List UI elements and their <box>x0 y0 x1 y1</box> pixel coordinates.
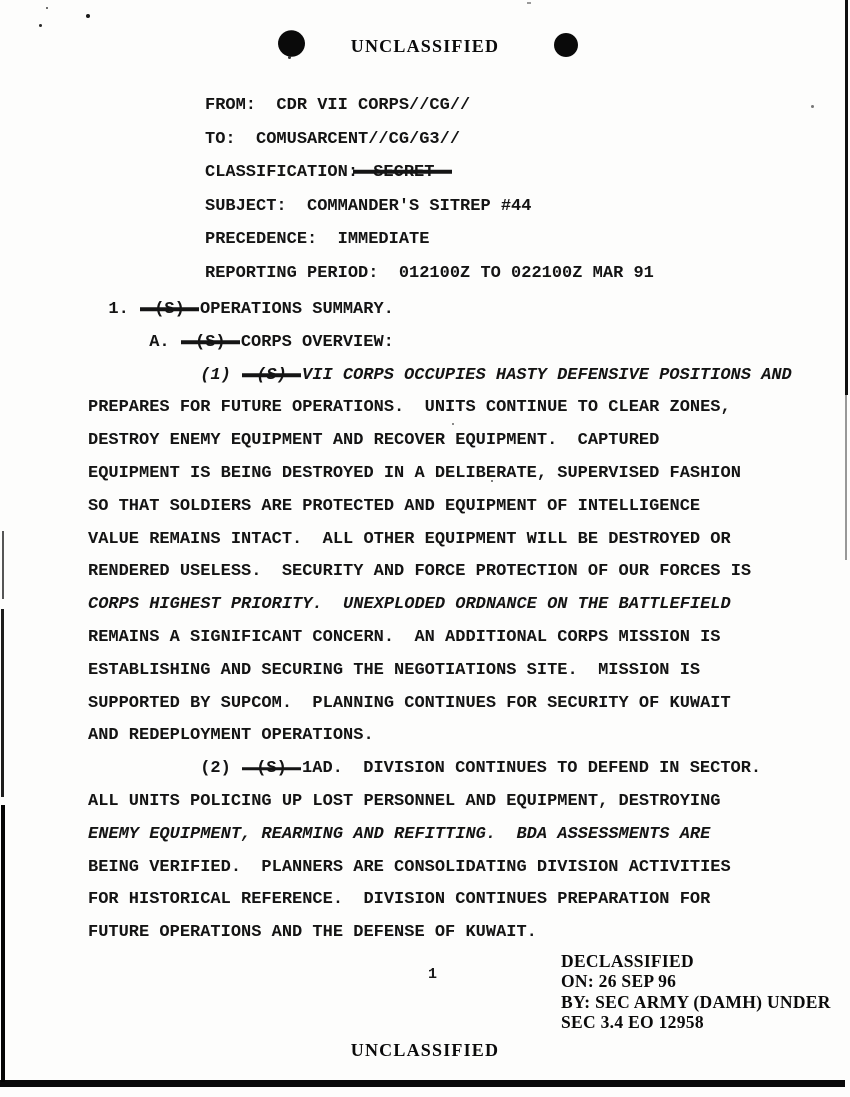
text-line: REMAINS A SIGNIFICANT CONCERN. AN ADDITI… <box>88 622 792 655</box>
struck-out-classification-marking: (S) <box>190 327 231 360</box>
text-segment: SUPPORTED BY SUPCOM. PLANNING CONTINUES … <box>88 694 731 713</box>
text-line: TO: COMUSARCENT//CG/G3// <box>205 123 654 157</box>
text-line: SUPPORTED BY SUPCOM. PLANNING CONTINUES … <box>88 688 792 721</box>
scan-speck <box>811 105 814 108</box>
text-line: SEC 3.4 EO 12958 <box>561 1012 831 1032</box>
scan-edge-line-right-1 <box>845 0 848 395</box>
text-line: SO THAT SOLDIERS ARE PROTECTED AND EQUIP… <box>88 491 792 524</box>
struck-out-classification-marking: (S) <box>251 360 292 393</box>
text-line: DESTROY ENEMY EQUIPMENT AND RECOVER EQUI… <box>88 425 792 458</box>
ink-dot-right <box>554 33 578 57</box>
text-segment: SEC 3.4 EO 12958 <box>561 1012 704 1032</box>
text-segment: 1AD. DIVISION CONTINUES TO DEFEND IN SEC… <box>292 759 761 778</box>
scan-speck <box>491 480 493 482</box>
text-segment: FROM: CDR VII CORPS//CG// <box>205 96 470 115</box>
text-line: VALUE REMAINS INTACT. ALL OTHER EQUIPMEN… <box>88 524 792 557</box>
text-line: FROM: CDR VII CORPS//CG// <box>205 89 654 123</box>
top-classification-banner: UNCLASSIFIED <box>0 36 850 57</box>
text-segment: BY: SEC ARMY (DAMH) UNDER <box>561 992 831 1012</box>
page-number: 1 <box>428 966 437 983</box>
text-segment: (2) <box>88 759 251 778</box>
scan-edge-line-left-2 <box>1 609 4 797</box>
text-line: (1) (S) VII CORPS OCCUPIES HASTY DEFENSI… <box>88 360 792 393</box>
text-line: ENEMY EQUIPMENT, REARMING AND REFITTING.… <box>88 819 792 852</box>
text-line: FOR HISTORICAL REFERENCE. DIVISION CONTI… <box>88 884 792 917</box>
text-line: CORPS HIGHEST PRIORITY. UNEXPLODED ORDNA… <box>88 589 792 622</box>
struck-out-classification-marking: SECRET <box>368 156 439 190</box>
scanned-document-page: UNCLASSIFIED FROM: CDR VII CORPS//CG//TO… <box>0 0 850 1097</box>
scan-speck <box>46 7 48 9</box>
struck-out-classification-marking: (S) <box>251 753 292 786</box>
text-segment: FOR HISTORICAL REFERENCE. DIVISION CONTI… <box>88 890 710 909</box>
text-segment: CORPS OVERVIEW: <box>231 333 394 352</box>
text-line: BEING VERIFIED. PLANNERS ARE CONSOLIDATI… <box>88 852 792 885</box>
text-line: A. (S) CORPS OVERVIEW: <box>88 327 792 360</box>
text-segment: AND REDEPLOYMENT OPERATIONS. <box>88 726 374 745</box>
text-line: SUBJECT: COMMANDER'S SITREP #44 <box>205 190 654 224</box>
scan-speck <box>39 24 42 27</box>
text-segment: REPORTING PERIOD: 012100Z TO 022100Z MAR… <box>205 264 654 283</box>
text-segment: TO: COMUSARCENT//CG/G3// <box>205 130 460 149</box>
text-line: 1. (S) OPERATIONS SUMMARY. <box>88 294 792 327</box>
text-line: EQUIPMENT IS BEING DESTROYED IN A DELIBE… <box>88 458 792 491</box>
text-segment: ENEMY EQUIPMENT, REARMING AND REFITTING.… <box>88 825 710 844</box>
text-segment: A. <box>88 333 190 352</box>
text-line: REPORTING PERIOD: 012100Z TO 022100Z MAR… <box>205 257 654 291</box>
bottom-classification-banner: UNCLASSIFIED <box>0 1040 850 1061</box>
text-segment: VALUE REMAINS INTACT. ALL OTHER EQUIPMEN… <box>88 530 731 549</box>
text-line: RENDERED USELESS. SECURITY AND FORCE PRO… <box>88 556 792 589</box>
text-line: BY: SEC ARMY (DAMH) UNDER <box>561 992 831 1012</box>
struck-out-classification-marking: (S) <box>149 294 190 327</box>
text-line: CLASSIFICATION: SECRET <box>205 156 654 190</box>
scan-speck <box>452 423 454 425</box>
text-segment: CLASSIFICATION: <box>205 163 368 182</box>
text-line: ESTABLISHING AND SECURING THE NEGOTIATIO… <box>88 655 792 688</box>
text-line: AND REDEPLOYMENT OPERATIONS. <box>88 720 792 753</box>
text-segment: ALL UNITS POLICING UP LOST PERSONNEL AND… <box>88 792 721 811</box>
scan-speck <box>288 56 291 59</box>
text-line: (2) (S) 1AD. DIVISION CONTINUES TO DEFEN… <box>88 753 792 786</box>
text-segment: BEING VERIFIED. PLANNERS ARE CONSOLIDATI… <box>88 858 731 877</box>
scan-speck <box>527 2 531 4</box>
text-segment: PRECEDENCE: IMMEDIATE <box>205 230 429 249</box>
text-segment: ON: 26 SEP 96 <box>561 971 676 991</box>
text-segment: ESTABLISHING AND SECURING THE NEGOTIATIO… <box>88 661 700 680</box>
scan-edge-bar-bottom <box>0 1080 845 1087</box>
text-line: PREPARES FOR FUTURE OPERATIONS. UNITS CO… <box>88 392 792 425</box>
text-segment: SUBJECT: COMMANDER'S SITREP #44 <box>205 197 531 216</box>
text-segment: EQUIPMENT IS BEING DESTROYED IN A DELIBE… <box>88 464 741 483</box>
scan-edge-line-left-3 <box>1 805 5 1082</box>
text-segment: SO THAT SOLDIERS ARE PROTECTED AND EQUIP… <box>88 497 700 516</box>
text-segment: DESTROY ENEMY EQUIPMENT AND RECOVER EQUI… <box>88 431 659 450</box>
message-body-block: 1. (S) OPERATIONS SUMMARY. A. (S) CORPS … <box>88 294 792 950</box>
text-segment: OPERATIONS SUMMARY. <box>190 300 394 319</box>
message-header-block: FROM: CDR VII CORPS//CG//TO: COMUSARCENT… <box>205 89 654 290</box>
text-line: PRECEDENCE: IMMEDIATE <box>205 223 654 257</box>
text-segment: VII CORPS OCCUPIES HASTY DEFENSIVE POSIT… <box>292 366 792 385</box>
text-segment: CORPS HIGHEST PRIORITY. UNEXPLODED ORDNA… <box>88 595 731 614</box>
scan-edge-line-left-1 <box>2 531 4 599</box>
text-segment: DECLASSIFIED <box>561 951 694 971</box>
scan-speck <box>86 14 90 18</box>
text-line: FUTURE OPERATIONS AND THE DEFENSE OF KUW… <box>88 917 792 950</box>
scan-edge-line-right-2 <box>845 395 847 560</box>
text-segment: (1) <box>88 366 251 385</box>
text-segment: PREPARES FOR FUTURE OPERATIONS. UNITS CO… <box>88 398 731 417</box>
text-line: ALL UNITS POLICING UP LOST PERSONNEL AND… <box>88 786 792 819</box>
text-line: DECLASSIFIED <box>561 951 831 971</box>
text-segment: FUTURE OPERATIONS AND THE DEFENSE OF KUW… <box>88 923 537 942</box>
text-segment: RENDERED USELESS. SECURITY AND FORCE PRO… <box>88 562 751 581</box>
declassification-stamp: DECLASSIFIEDON: 26 SEP 96BY: SEC ARMY (D… <box>561 951 831 1033</box>
text-segment: REMAINS A SIGNIFICANT CONCERN. AN ADDITI… <box>88 628 721 647</box>
text-line: ON: 26 SEP 96 <box>561 971 831 991</box>
